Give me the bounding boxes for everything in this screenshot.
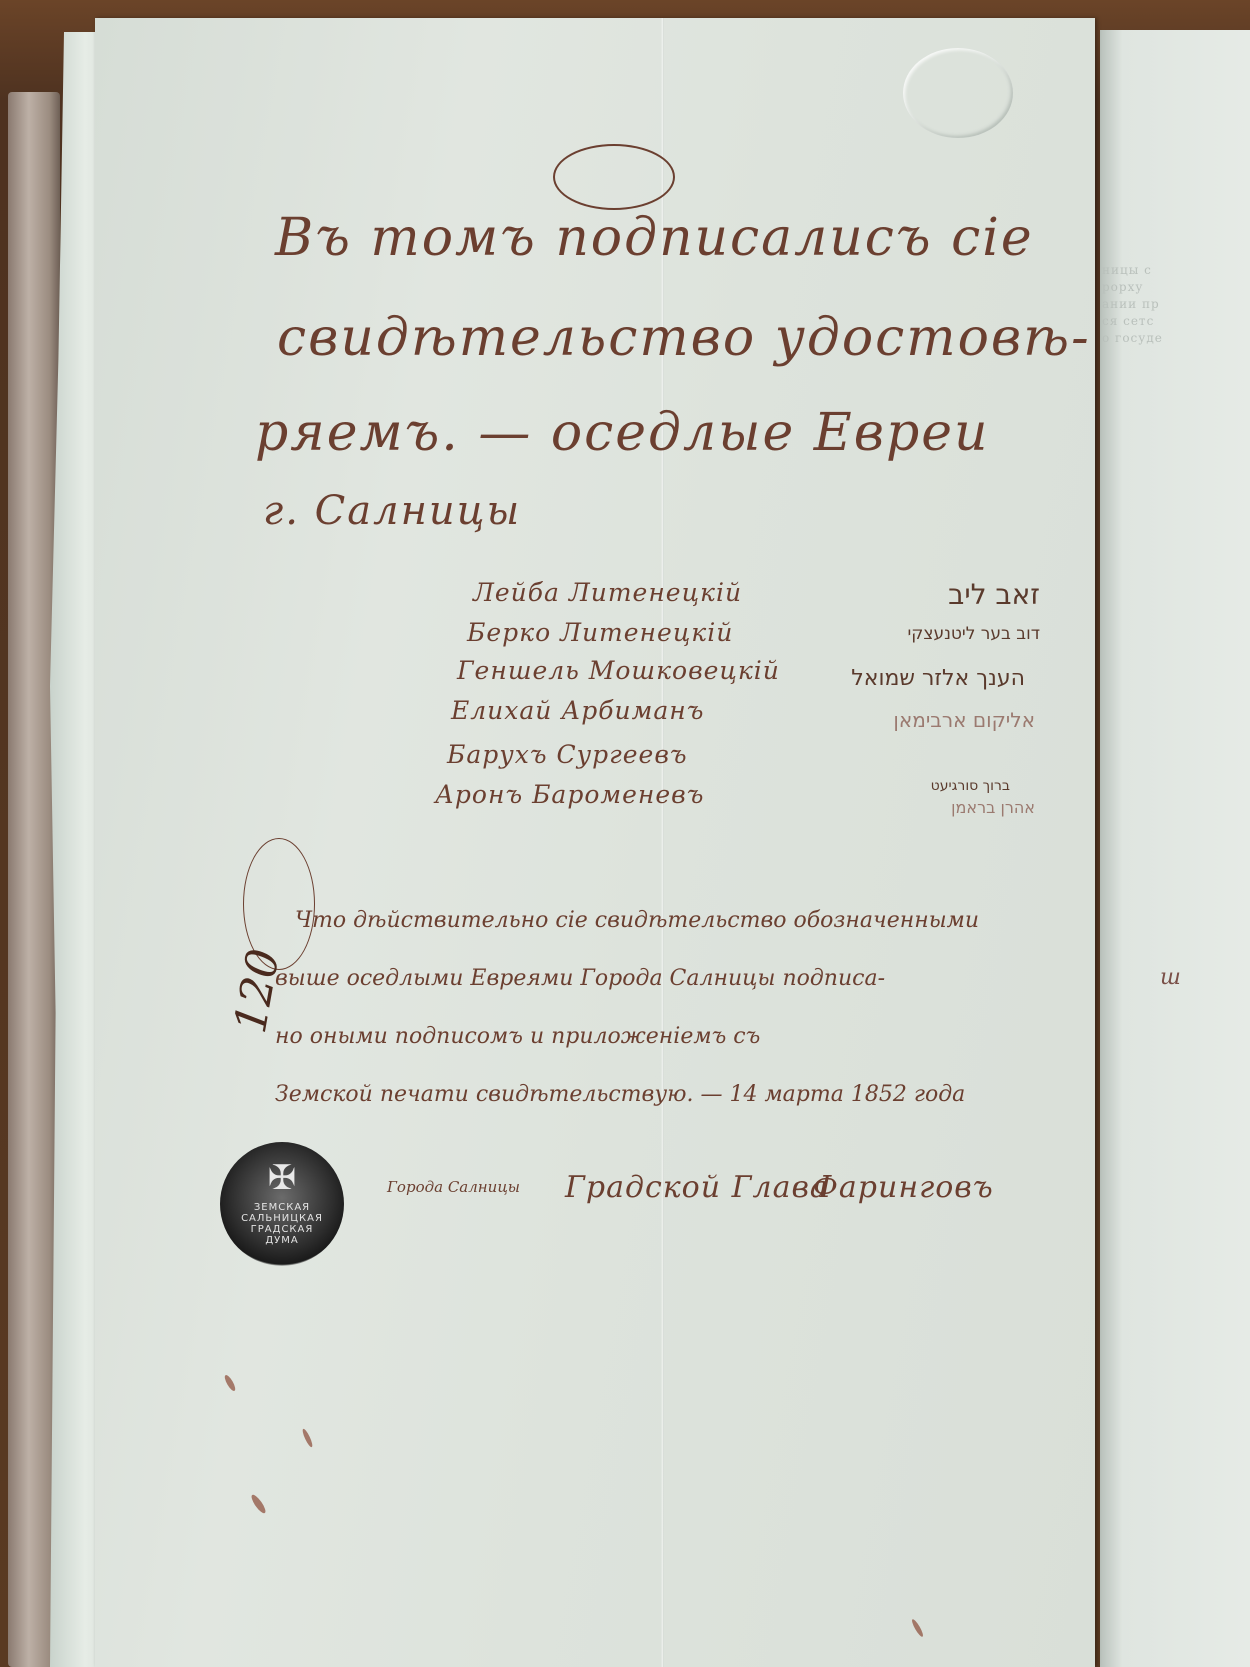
signature-ru-6: Аронъ Бароменевъ (435, 780, 704, 809)
signature-he-4: אליקום ארבימאן (893, 708, 1035, 732)
signature-block-name: Фаринговъ (813, 1170, 994, 1205)
heading-line-4: г. Салницы (263, 488, 521, 534)
attestation-line-3: но оными подписомъ и приложеніемъ съ (275, 1024, 760, 1049)
ink-stain (301, 1428, 314, 1448)
right-page-ink-fragment: ш (1160, 965, 1181, 990)
double-headed-eagle-icon: ✠ (248, 1156, 316, 1200)
embossed-stamp-mark (903, 48, 1013, 138)
attestation-line-1: Что дѣйствительно сіе свидѣтельство обоз… (295, 908, 979, 933)
attestation-line-2: выше оседлыми Евреями Города Салницы под… (275, 966, 885, 991)
ink-stain (223, 1374, 237, 1393)
facing-page: ницы с рорху ании пр ся сетс о госуде ш (1100, 30, 1250, 1667)
signature-ru-5: Барухъ Сургеевъ (447, 740, 688, 769)
heading-line-2: свидѣтельство удостовѣ- (277, 308, 1091, 368)
right-page-bleed-through: ницы с рорху ании пр ся сетс о госуде (1102, 262, 1163, 347)
signature-ru-2: Берко Литенецкій (467, 618, 733, 647)
signature-he-3: הענך אלזר שמואל (851, 666, 1025, 691)
signature-ru-1: Лейба Литенецкій (473, 578, 742, 607)
seal-inscription: ЗЕМСКАЯ САЛЬНИЦКАЯ ГРАДСКАЯ ДУМА (234, 1202, 330, 1246)
ink-stain (249, 1493, 267, 1515)
signature-he-1: זאב ליב (948, 578, 1040, 611)
ink-stain (910, 1618, 924, 1638)
heading-flourish (553, 144, 675, 210)
signature-block-prefix: Города Салницы (387, 1178, 520, 1196)
signature-he-2: דוב בער ליטנעצקי (908, 624, 1041, 644)
signature-he-6: אהרן בראמן (951, 798, 1035, 817)
signature-ru-4: Елихай Арбиманъ (451, 696, 704, 725)
heading-line-3: ряемъ. — оседлые Евреи (255, 403, 990, 463)
heading-line-1: Въ томъ подписалисъ сіе (275, 208, 1034, 268)
signature-he-5: ברוך סורגיעט (931, 778, 1010, 794)
signature-block-title: Градской Глава (565, 1170, 829, 1205)
official-seal: ✠ ЗЕМСКАЯ САЛЬНИЦКАЯ ГРАДСКАЯ ДУМА (220, 1142, 344, 1266)
document-page: Въ томъ подписалисъ сіе свидѣтельство уд… (95, 18, 1095, 1667)
attestation-line-4: Земской печати свидѣтельствую. — 14 март… (275, 1082, 965, 1107)
signature-ru-3: Геншель Мошковецкій (457, 656, 780, 685)
